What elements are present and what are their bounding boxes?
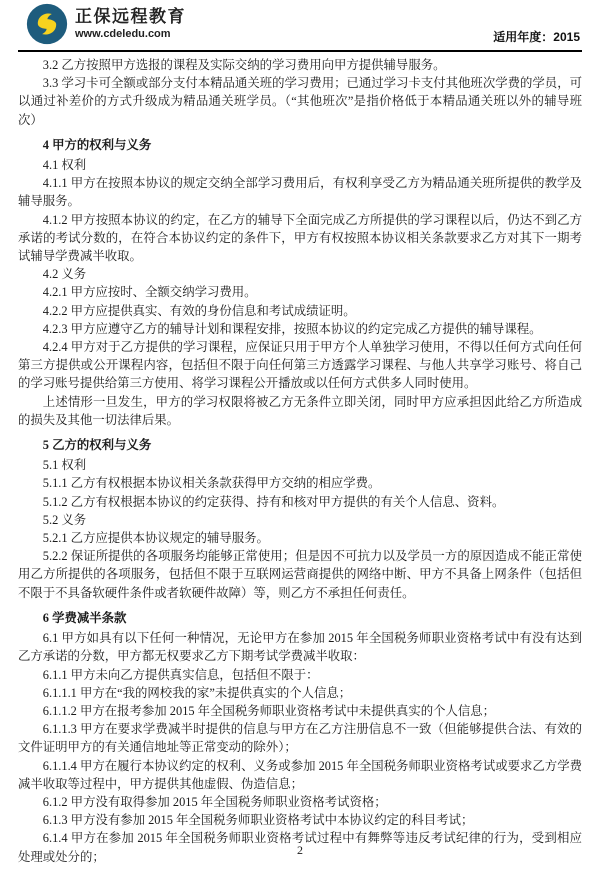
paragraph: 4.1.1 甲方在按照本协议的规定交纳全部学习费用后，有权利享受乙方为精品通关班… [18,174,582,210]
brand-text: 正保远程教育 www.cdeledu.com [75,8,186,41]
document-body: 3.2 乙方按照甲方选报的课程及实际交纳的学习费用向甲方提供辅导服务。3.3 学… [18,56,582,866]
paragraph: 5.1 权利 [18,456,582,474]
paragraph: 6.1 甲方如具有以下任何一种情况，无论甲方在参加 2015 年全国税务师职业资… [18,629,582,665]
paragraph: 3.3 学习卡可全额或部分支付本精品通关班的学习费用；已通过学习卡支付其他班次学… [18,74,582,129]
paragraph: 6.1.3 甲方没有参加 2015 年全国税务师职业资格考试中本协议约定的科目考… [18,811,582,829]
paragraph: 6.1.1.2 甲方在报考参加 2015 年全国税务师职业资格考试中未提供真实的… [18,702,582,720]
paragraph: 5.1.1 乙方有权根据本协议相关条款获得甲方交纳的相应学费。 [18,474,582,492]
document-page: 正保远程教育 www.cdeledu.com 适用年度：2015 3.2 乙方按… [0,0,600,870]
paragraph: 4.2.1 甲方应按时、全额交纳学习费用。 [18,283,582,301]
page-number: 2 [0,843,600,858]
paragraph: 上述情形一旦发生，甲方的学习权限将被乙方无条件立即关闭，同时甲方应承担因此给乙方… [18,393,582,429]
paragraph: 5.2.1 乙方应提供本协议规定的辅导服务。 [18,529,582,547]
paragraph: 6.1.1.4 甲方在履行本协议约定的权利、义务或参加 2015 年全国税务师职… [18,757,582,793]
section-heading: 5 乙方的权利与义务 [18,436,582,454]
paragraph: 4.1 权利 [18,156,582,174]
paragraph: 6.1.1.3 甲方在要求学费减半时提供的信息与甲方在乙方注册信息不一致（但能够… [18,720,582,756]
paragraph: 5.2 义务 [18,511,582,529]
zhengbao-swirl-logo-icon [26,3,68,45]
paragraph: 6.1.2 甲方没有取得参加 2015 年全国税务师职业资格考试资格； [18,793,582,811]
section-heading: 4 甲方的权利与义务 [18,136,582,154]
paragraph: 5.2.2 保证所提供的各项服务均能够正常使用；但是因不可抗力以及学员一方的原因… [18,547,582,602]
page-header: 正保远程教育 www.cdeledu.com 适用年度：2015 [18,0,582,52]
paragraph: 4.2 义务 [18,265,582,283]
paragraph: 4.1.2 甲方按照本协议的约定，在乙方的辅导下全面完成乙方所提供的学习课程以后… [18,211,582,266]
paragraph: 3.2 乙方按照甲方选报的课程及实际交纳的学习费用向甲方提供辅导服务。 [18,56,582,74]
paragraph: 4.2.3 甲方应遵守乙方的辅导计划和课程安排，按照本协议的约定完成乙方提供的辅… [18,320,582,338]
brand-name: 正保远程教育 [75,8,186,27]
section-heading: 6 学费减半条款 [18,609,582,627]
brand: 正保远程教育 www.cdeledu.com [26,3,186,45]
paragraph: 4.2.4 甲方对于乙方提供的学习课程，应保证只用于甲方个人单独学习使用，不得以… [18,338,582,393]
brand-url: www.cdeledu.com [75,28,186,40]
paragraph: 6.1.1.1 甲方在“我的网校我的家”未提供真实的个人信息； [18,684,582,702]
paragraph: 4.2.2 甲方应提供真实、有效的身份信息和考试成绩证明。 [18,302,582,320]
year-label: 适用年度：2015 [493,28,580,45]
paragraph: 6.1.1 甲方未向乙方提供真实信息，包括但不限于： [18,666,582,684]
paragraph: 5.1.2 乙方有权根据本协议的约定获得、持有和核对甲方提供的有关个人信息、资料… [18,493,582,511]
